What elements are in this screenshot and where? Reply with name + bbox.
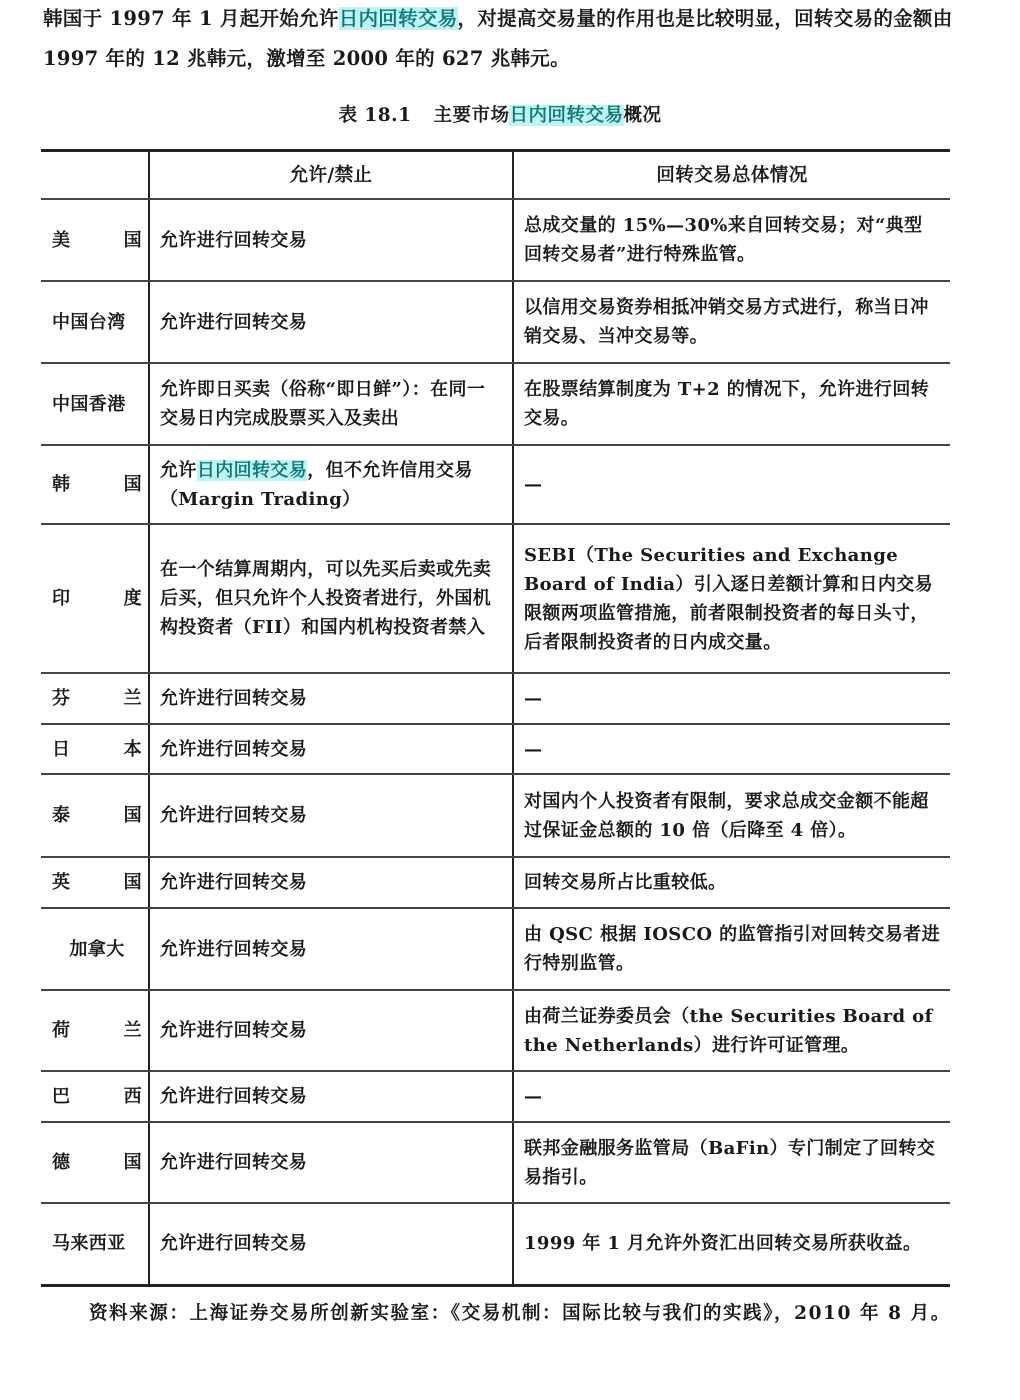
table-row: 荷兰 允许进行回转交易 由荷兰证券委员会（the Securities Boar… [41,990,950,1071]
policy-cell: 允许即日买卖（俗称“即日鲜”）：在同一交易日内完成股票买入及卖出 [149,363,513,445]
situation-cell: 对国内个人投资者有限制，要求总成交金额不能超过保证金总额的 10 倍（后降至 4… [513,774,950,857]
source-note: 资料来源：上海证券交易所创新实验室：《交易机制：国际比较与我们的实践》，2010… [43,1298,953,1330]
policy-cell: 在一个结算周期内，可以先买后卖或先卖后买，但只允许个人投资者进行，外国机构投资者… [149,524,513,673]
table-header-row: 允许/禁止 回转交易总体情况 [41,151,950,200]
table-caption: 表 18.1主要市场日内回转交易概况 [0,101,1000,131]
situation-cell: — [513,724,950,774]
caption-pre: 主要市场 [433,105,509,126]
policy-cell: 允许进行回转交易 [149,908,513,990]
caption-post: 概况 [624,105,662,126]
policy-cell: 允许进行回转交易 [149,724,513,774]
country-cell: 巴西 [41,1071,149,1122]
country-cell: 中国香港 [41,363,149,445]
highlighted-term: 日内回转交易 [339,7,458,30]
table-row: 中国台湾 允许进行回转交易 以信用交易资券相抵冲销交易方式进行，称当日冲销交易、… [41,281,950,363]
table-row: 德国 允许进行回转交易 联邦金融服务监管局（BaFin）专门制定了回转交易指引。 [41,1122,950,1203]
situation-cell: 总成交量的 15%—30%来自回转交易；对“典型回转交易者”进行特殊监管。 [513,199,950,281]
country-name: 英国 [52,868,142,897]
intraday-trading-table: 允许/禁止 回转交易总体情况 美国 允许进行回转交易 总成交量的 15%—30%… [41,149,950,1287]
table-number: 表 18.1 [338,105,411,126]
policy-cell: 允许进行回转交易 [149,774,513,857]
situation-cell: — [513,445,950,524]
policy-cell: 允许进行回转交易 [149,1122,513,1203]
country-cell: 荷兰 [41,990,149,1071]
situation-cell: 回转交易所占比重较低。 [513,857,950,908]
intro-text-pre: 韩国于 1997 年 1 月起开始允许 [43,7,339,30]
policy-cell: 允许进行回转交易 [149,199,513,281]
country-cell: 德国 [41,1122,149,1203]
situation-cell: 以信用交易资券相抵冲销交易方式进行，称当日冲销交易、当冲交易等。 [513,281,950,363]
policy-cell: 允许进行回转交易 [149,990,513,1071]
table-row: 加拿大 允许进行回转交易 由 QSC 根据 IOSCO 的监管指引对回转交易者进… [41,908,950,990]
table-row: 美国 允许进行回转交易 总成交量的 15%—30%来自回转交易；对“典型回转交易… [41,199,950,281]
country-cell: 印度 [41,524,149,673]
policy-cell: 允许进行回转交易 [149,281,513,363]
country-cell: 日本 [41,724,149,774]
policy-cell: 允许日内回转交易，但不允许信用交易（Margin Trading） [149,445,513,524]
country-name: 美国 [52,226,142,255]
table-row: 英国 允许进行回转交易 回转交易所占比重较低。 [41,857,950,908]
country-name: 巴西 [52,1082,142,1111]
country-name: 日本 [52,735,142,764]
country-name: 德国 [52,1148,142,1177]
situation-cell: 在股票结算制度为 T+2 的情况下，允许进行回转交易。 [513,363,950,445]
situation-cell: — [513,1071,950,1122]
country-name: 荷兰 [52,1016,142,1045]
table-row: 马来西亚 允许进行回转交易 1999 年 1 月允许外资汇出回转交易所获收益。 [41,1203,950,1285]
country-cell: 马来西亚 [41,1203,149,1285]
country-cell: 韩国 [41,445,149,524]
caption-highlighted-term: 日内回转交易 [509,105,623,126]
table-row: 巴西 允许进行回转交易 — [41,1071,950,1122]
situation-cell: 1999 年 1 月允许外资汇出回转交易所获收益。 [513,1203,950,1285]
policy-cell: 允许进行回转交易 [149,857,513,908]
table-row: 日本 允许进行回转交易 — [41,724,950,774]
header-country [41,151,149,200]
policy-cell: 允许进行回转交易 [149,1071,513,1122]
table-row: 韩国 允许日内回转交易，但不允许信用交易（Margin Trading） — [41,445,950,524]
country-cell: 泰国 [41,774,149,857]
header-situation: 回转交易总体情况 [513,151,950,200]
country-cell: 美国 [41,199,149,281]
country-name: 泰国 [52,801,142,830]
table-row: 芬兰 允许进行回转交易 — [41,673,950,724]
country-cell: 芬兰 [41,673,149,724]
situation-cell: SEBI（The Securities and Exchange Board o… [513,524,950,673]
table-row: 泰国 允许进行回转交易 对国内个人投资者有限制，要求总成交金额不能超过保证金总额… [41,774,950,857]
header-policy: 允许/禁止 [149,151,513,200]
situation-cell: 由 QSC 根据 IOSCO 的监管指引对回转交易者进行特别监管。 [513,908,950,990]
policy-cell: 允许进行回转交易 [149,1203,513,1285]
table-row: 中国香港 允许即日买卖（俗称“即日鲜”）：在同一交易日内完成股票买入及卖出 在股… [41,363,950,445]
country-cell: 加拿大 [41,908,149,990]
policy-text-pre: 允许 [160,460,197,481]
table-row: 印度 在一个结算周期内，可以先买后卖或先卖后买，但只允许个人投资者进行，外国机构… [41,524,950,673]
country-name: 印度 [52,584,142,613]
country-cell: 英国 [41,857,149,908]
policy-cell: 允许进行回转交易 [149,673,513,724]
intro-paragraph: 韩国于 1997 年 1 月起开始允许日内回转交易，对提高交易量的作用也是比较明… [43,0,953,79]
situation-cell: 联邦金融服务监管局（BaFin）专门制定了回转交易指引。 [513,1122,950,1203]
country-name: 芬兰 [52,684,142,713]
country-name: 韩国 [52,470,142,499]
country-cell: 中国台湾 [41,281,149,363]
country-name: 加拿大 [52,935,142,964]
situation-cell: — [513,673,950,724]
situation-cell: 由荷兰证券委员会（the Securities Board of the Net… [513,990,950,1071]
highlighted-term: 日内回转交易 [197,460,307,481]
